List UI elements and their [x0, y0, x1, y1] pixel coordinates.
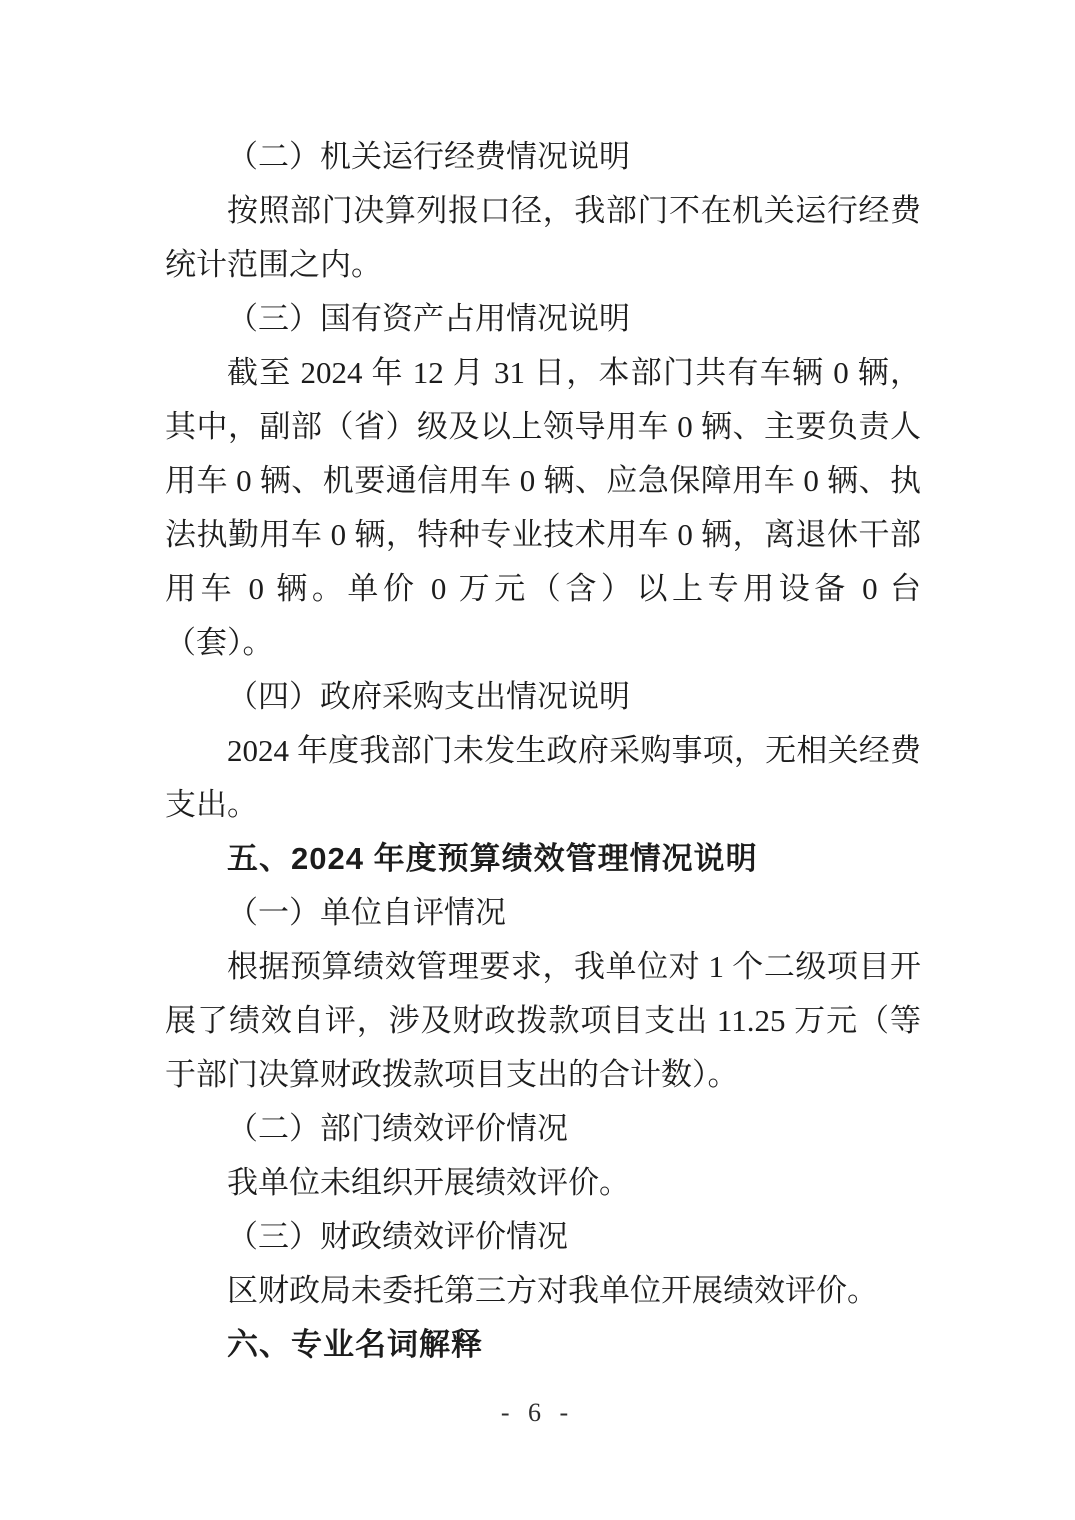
body-paragraph: 按照部门决算列报口径，我部门不在机关运行经费统计范围之内。 [165, 184, 921, 292]
body-paragraph: 2024 年度我部门未发生政府采购事项，无相关经费支出。 [165, 724, 921, 832]
subsection-heading: （三）国有资产占用情况说明 [165, 292, 921, 346]
subsection-heading: （一）单位自评情况 [165, 886, 921, 940]
page-number: - 6 - [0, 1398, 1075, 1428]
body-paragraph: 我单位未组织开展绩效评价。 [165, 1156, 921, 1210]
section-heading: 五、2024 年度预算绩效管理情况说明 [165, 832, 921, 886]
body-paragraph: 根据预算绩效管理要求，我单位对 1 个二级项目开展了绩效自评，涉及财政拨款项目支… [165, 940, 921, 1102]
document-page: （二）机关运行经费情况说明按照部门决算列报口径，我部门不在机关运行经费统计范围之… [0, 0, 1075, 1520]
subsection-heading: （二）机关运行经费情况说明 [165, 130, 921, 184]
subsection-heading: （三）财政绩效评价情况 [165, 1210, 921, 1264]
document-body: （二）机关运行经费情况说明按照部门决算列报口径，我部门不在机关运行经费统计范围之… [165, 130, 921, 1372]
section-heading: 六、专业名词解释 [165, 1318, 921, 1372]
subsection-heading: （四）政府采购支出情况说明 [165, 670, 921, 724]
body-paragraph: 截至 2024 年 12 月 31 日，本部门共有车辆 0 辆，其中，副部（省）… [165, 346, 921, 670]
body-paragraph: 区财政局未委托第三方对我单位开展绩效评价。 [165, 1264, 921, 1318]
subsection-heading: （二）部门绩效评价情况 [165, 1102, 921, 1156]
